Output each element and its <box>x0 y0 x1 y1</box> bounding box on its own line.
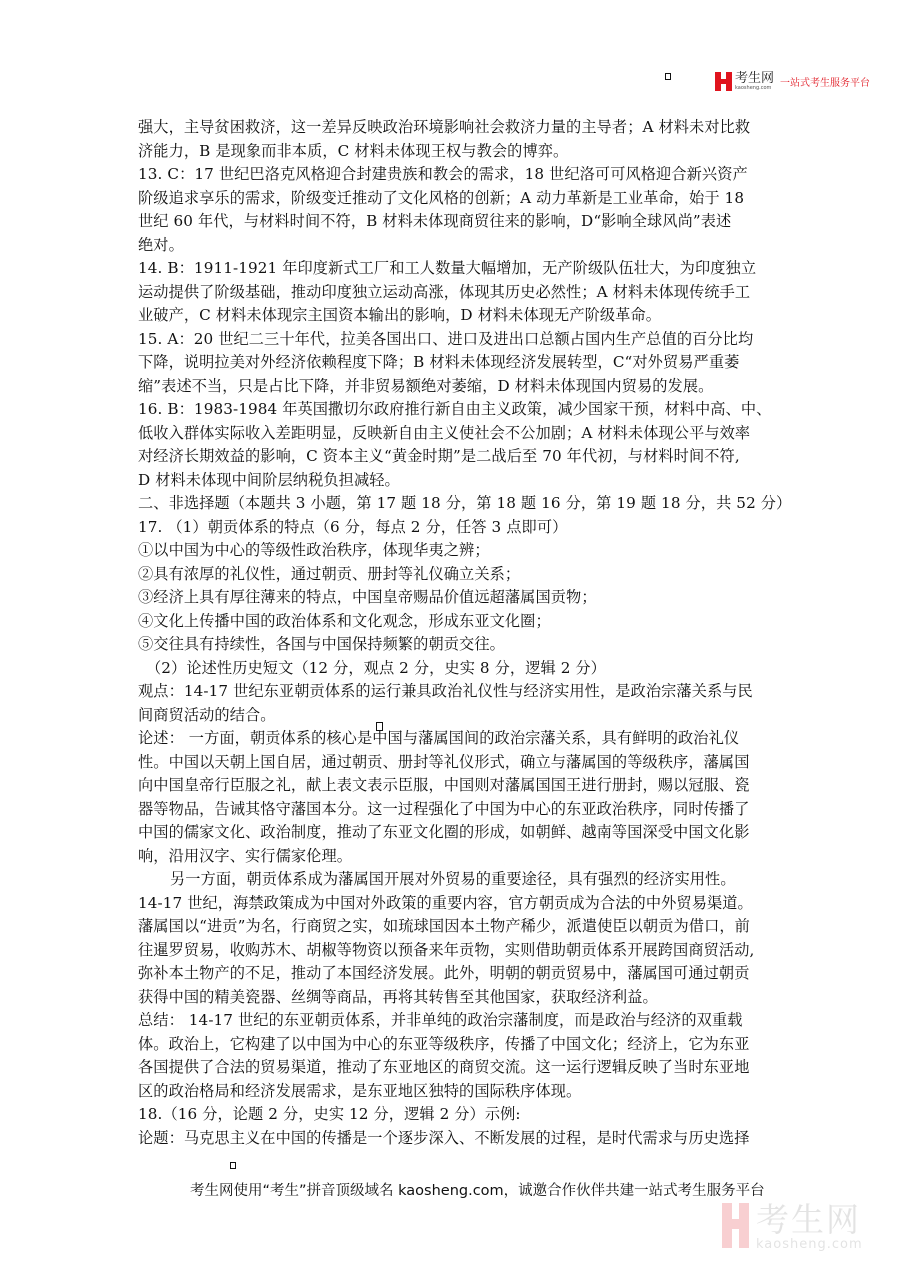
text-line: 往暹罗贸易，收购苏木、胡椒等物资以预备来年贡物，实则借助朝贡体系开展跨国商贸活动… <box>138 940 770 960</box>
text-line: 低收入群体实际收入差距明显，反映新自由主义使社会不公加剧；A 材料未体现公平与效… <box>138 423 770 443</box>
text-line: 14. B：1911-1921 年印度新式工厂和工人数量大幅增加，无产阶级队伍壮… <box>138 258 770 278</box>
kaosheng-logo-icon <box>715 72 732 91</box>
logo-name: 考生网 <box>735 72 774 85</box>
text-line: 各国提供了合法的贸易渠道，推动了东亚地区的商贸交流。这一运行逻辑反映了当时东亚地 <box>138 1057 770 1077</box>
text-line: 向中国皇帝行臣服之礼，献上表文表示臣服，中国则对藩属国国王进行册封，赐以冠服、瓷 <box>138 775 770 795</box>
text-line: 阶级追求享乐的需求，阶级变迁推动了文化风格的创新；A 动力革新是工业革命，始于 … <box>138 188 770 208</box>
text-line: 响，沿用汉字、实行儒家伦理。 <box>138 846 770 866</box>
text-line: 区的政治格局和经济发展需求，是东亚地区独特的国际秩序体现。 <box>138 1081 770 1101</box>
text-line: D 材料未体现中间阶层纳税负担减轻。 <box>138 470 770 490</box>
text-line: 藩属国以“进贡”为名，行商贸之实，如琉球国因本土物产稀少，派遣使臣以朝贡为借口，… <box>138 916 770 936</box>
text-line: ④文化上传播中国的政治体系和文化观念，形成东亚文化圈； <box>138 611 770 631</box>
logo-domain: kaosheng.com <box>735 86 774 91</box>
text-line: 业破产，C 材料未体现宗主国资本输出的影响，D 材料未体现无产阶级革命。 <box>138 305 770 325</box>
text-line: 论题：马克思主义在中国的传播是一个逐步深入、不断发展的过程，是时代需求与历史选择 <box>138 1128 770 1148</box>
section-heading: 二、非选择题（本题共 3 小题，第 17 题 18 分，第 18 题 16 分，… <box>138 493 770 513</box>
kaosheng-watermark-icon <box>722 1203 749 1248</box>
text-line: 绝对。 <box>138 235 770 255</box>
text-line: ⑤交往具有持续性，各国与中国保持频繁的朝贡交往。 <box>138 634 770 654</box>
text-line: 体。政治上，它构建了以中国为中心的东亚等级秩序，传播了中国文化；经济上，它为东亚 <box>138 1034 770 1054</box>
text-line: 14-17 世纪，海禁政策成为中国对外政策的重要内容，官方朝贡成为合法的中外贸易… <box>138 893 770 913</box>
text-line: ③经济上具有厚往薄来的特点，中国皇帝赐品价值远超藩属国贡物； <box>138 587 770 607</box>
text-line: 器等物品，告诫其恪守藩国本分。这一过程强化了中国为中心的东亚政治秩序，同时传播了 <box>138 799 770 819</box>
text-line: 另一方面，朝贡体系成为藩属国开展对外贸易的重要途径，具有强烈的经济实用性。 <box>170 869 802 889</box>
text-line: 总结： 14-17 世纪的东亚朝贡体系，并非单纯的政治宗藩制度，而是政治与经济的… <box>138 1010 770 1030</box>
header-logo: 考生网 kaosheng.com 一站式考生服务平台 <box>715 70 870 92</box>
text-line: 获得中国的精美瓷器、丝绸等商品，再将其转售至其他国家，获取经济利益。 <box>138 987 770 1007</box>
text-line: 13. C：17 世纪巴洛克风格迎合封建贵族和教会的需求，18 世纪洛可可风格迎… <box>138 164 770 184</box>
header-slogan: 一站式考生服务平台 <box>780 74 870 89</box>
watermark-logo: 考生网 kaosheng.com <box>722 1203 863 1251</box>
question-heading: 17. （1）朝贡体系的特点（6 分，每点 2 分，任答 3 点即可） <box>138 517 770 537</box>
text-line: 15. A：20 世纪二三十年代，拉美各国出口、进口及进出口总额占国内生产总值的… <box>138 329 770 349</box>
text-line: 对经济长期效益的影响，C 资本主义“黄金时期”是二战后至 70 年代初，与材料时… <box>138 446 770 466</box>
text-line: 下降，说明拉美对外经济依赖程度下降；B 材料未体现经济发展转型，C“对外贸易严重… <box>138 352 770 372</box>
text-line: 强大，主导贫困救济，这一差异反映政治环境影响社会救济力量的主导者；A 材料未对比… <box>138 117 770 137</box>
text-line: 济能力，B 是现象而非本质，C 材料未体现王权与教会的博弈。 <box>138 141 770 161</box>
inline-marker <box>376 722 383 731</box>
text-line: 缩”表述不当，只是占比下降，并非贸易额绝对萎缩，D 材料未体现国内贸易的发展。 <box>138 376 770 396</box>
text-line: 弥补本土物产的不足，推动了本国经济发展。此外，明朝的朝贡贸易中，藩属国可通过朝贡 <box>138 963 770 983</box>
text-line: 间商贸活动的结合。 <box>138 705 770 725</box>
text-line: 运动提供了阶级基础，推动印度独立运动高涨，体现其历史必然性；A 材料未体现传统手… <box>138 282 770 302</box>
text-line: ②具有浓厚的礼仪性，通过朝贡、册封等礼仪确立关系； <box>138 564 770 584</box>
watermark-domain: kaosheng.com <box>756 1238 863 1251</box>
question-heading: 18.（16 分，论题 2 分，史实 12 分，逻辑 2 分）示例: <box>138 1104 770 1124</box>
text-line: 观点：14-17 世纪东亚朝贡体系的运行兼具政治礼仪性与经济实用性，是政治宗藩关… <box>138 681 770 701</box>
text-line: 中国的儒家文化、政治制度，推动了东亚文化圈的形成，如朝鲜、越南等国深受中国文化影 <box>138 822 770 842</box>
footer-marker <box>230 1162 236 1169</box>
watermark-name: 考生网 <box>756 1203 863 1236</box>
text-line: ①以中国为中心的等级性政治秩序，体现华夷之辨； <box>138 540 770 560</box>
page-marker <box>665 73 671 80</box>
text-line: 16. B：1983-1984 年英国撒切尔政府推行新自由主义政策，减少国家干预… <box>138 399 770 419</box>
text-line: 世纪 60 年代，与材料时间不符，B 材料未体现商贸往来的影响，D“影响全球风尚… <box>138 211 770 231</box>
text-line: 性。中国以天朝上国自居，通过朝贡、册封等礼仪形式，确立与藩属国的等级秩序，藩属国 <box>138 752 770 772</box>
text-line: 论述： 一方面，朝贡体系的核心是中国与藩属国间的政治宗藩关系，具有鲜明的政治礼仪 <box>138 728 770 748</box>
footer-promo-text: 考生网使用“考生”拼音顶级域名 kaosheng.com，诚邀合作伙伴共建一站式… <box>190 1179 765 1200</box>
question-subheading: （2）论述性历史短文（12 分，观点 2 分，史实 8 分，逻辑 2 分） <box>146 658 778 678</box>
